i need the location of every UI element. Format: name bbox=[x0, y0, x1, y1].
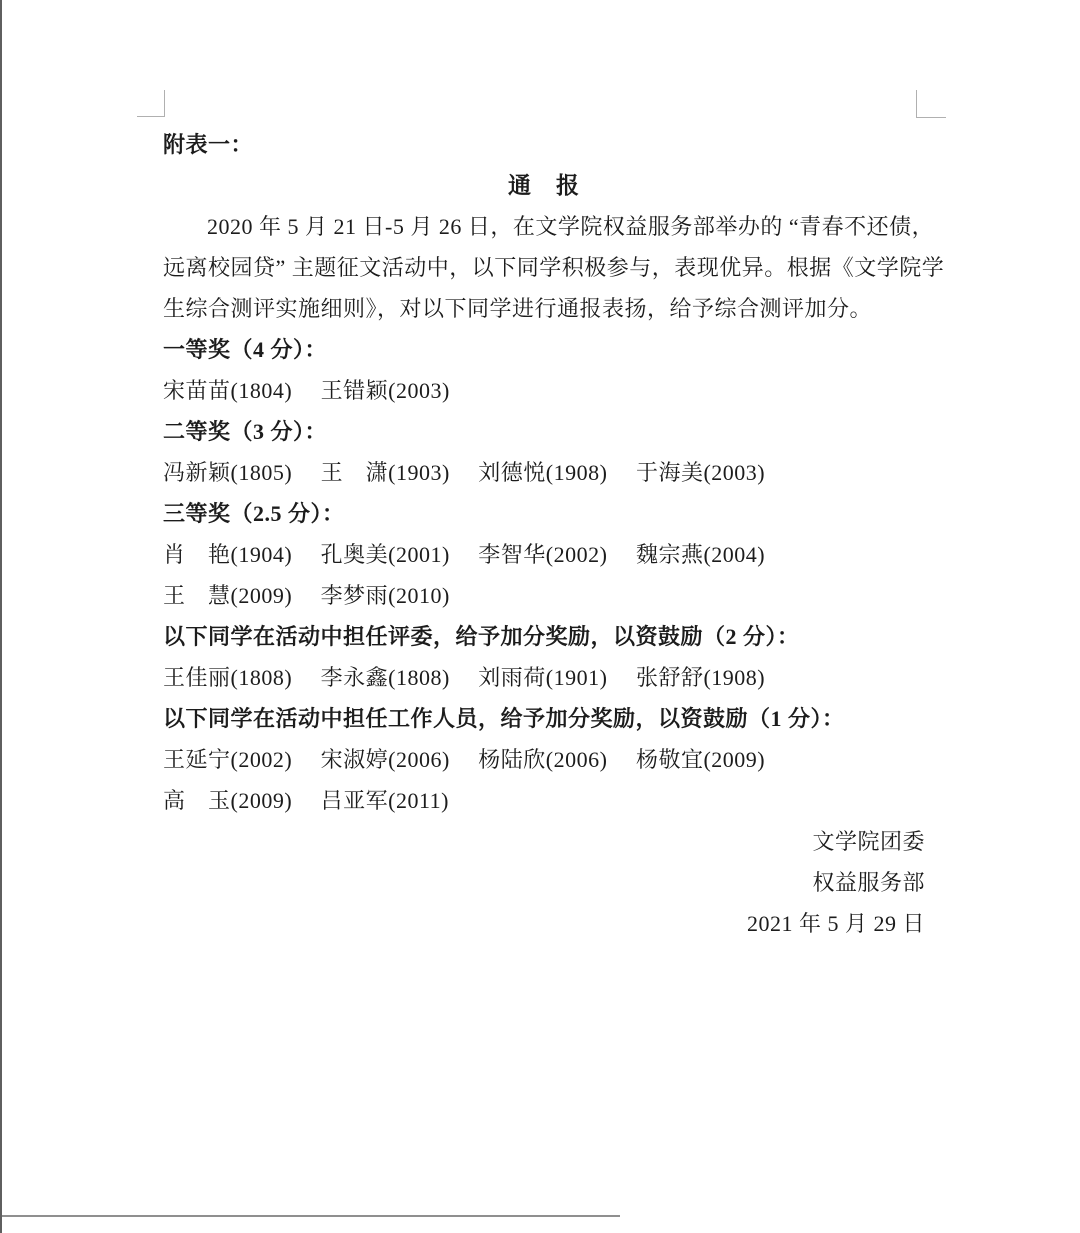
paragraph-line: 生综合测评实施细则》，对以下同学进行通报表扬，给予综合测评加分。 bbox=[163, 288, 925, 329]
left-edge-line bbox=[0, 0, 2, 1233]
margin-cropmark-left bbox=[137, 90, 165, 117]
signature-org-line2: 权益服务部 bbox=[163, 862, 925, 903]
document-title: 通 报 bbox=[163, 165, 925, 206]
name-list-line: 王佳丽(1808) 李永鑫(1808) 刘雨荷(1901) 张舒舒(1908) bbox=[163, 657, 925, 698]
name-list-line: 宋苗苗(1804) 王错颖(2003) bbox=[163, 370, 925, 411]
margin-cropmark-right bbox=[916, 90, 946, 118]
paragraph-line: 远离校园贷” 主题征文活动中，以下同学积极参与，表现优异。根据《文学院学 bbox=[163, 247, 925, 288]
bottom-edge-line bbox=[2, 1215, 620, 1217]
name-list-line: 高 玉(2009) 吕亚军(2011) bbox=[163, 780, 925, 821]
attachment-label: 附表一： bbox=[163, 124, 925, 165]
document-page: 附表一： 通 报 2020 年 5 月 21 日-5 月 26 日，在文学院权益… bbox=[0, 0, 1080, 1233]
name-list-line: 王延宁(2002) 宋淑婷(2006) 杨陆欣(2006) 杨敬宜(2009) bbox=[163, 739, 925, 780]
signature-org-line1: 文学院团委 bbox=[163, 821, 925, 862]
section-heading-judges: 以下同学在活动中担任评委，给予加分奖励，以资鼓励（2 分）： bbox=[163, 616, 925, 657]
name-list-line: 王 慧(2009) 李梦雨(2010) bbox=[163, 575, 925, 616]
section-heading-third-prize: 三等奖（2.5 分）： bbox=[163, 493, 925, 534]
name-list-line: 冯新颖(1805) 王 潇(1903) 刘德悦(1908) 于海美(2003) bbox=[163, 452, 925, 493]
paragraph-line: 2020 年 5 月 21 日-5 月 26 日，在文学院权益服务部举办的 “青… bbox=[163, 206, 925, 247]
section-heading-second-prize: 二等奖（3 分）： bbox=[163, 411, 925, 452]
document-body: 附表一： 通 报 2020 年 5 月 21 日-5 月 26 日，在文学院权益… bbox=[163, 124, 925, 944]
section-heading-staff: 以下同学在活动中担任工作人员，给予加分奖励，以资鼓励（1 分）： bbox=[163, 698, 925, 739]
signature-date: 2021 年 5 月 29 日 bbox=[163, 903, 925, 944]
section-heading-first-prize: 一等奖（4 分）： bbox=[163, 329, 925, 370]
name-list-line: 肖 艳(1904) 孔奥美(2001) 李智华(2002) 魏宗燕(2004) bbox=[163, 534, 925, 575]
